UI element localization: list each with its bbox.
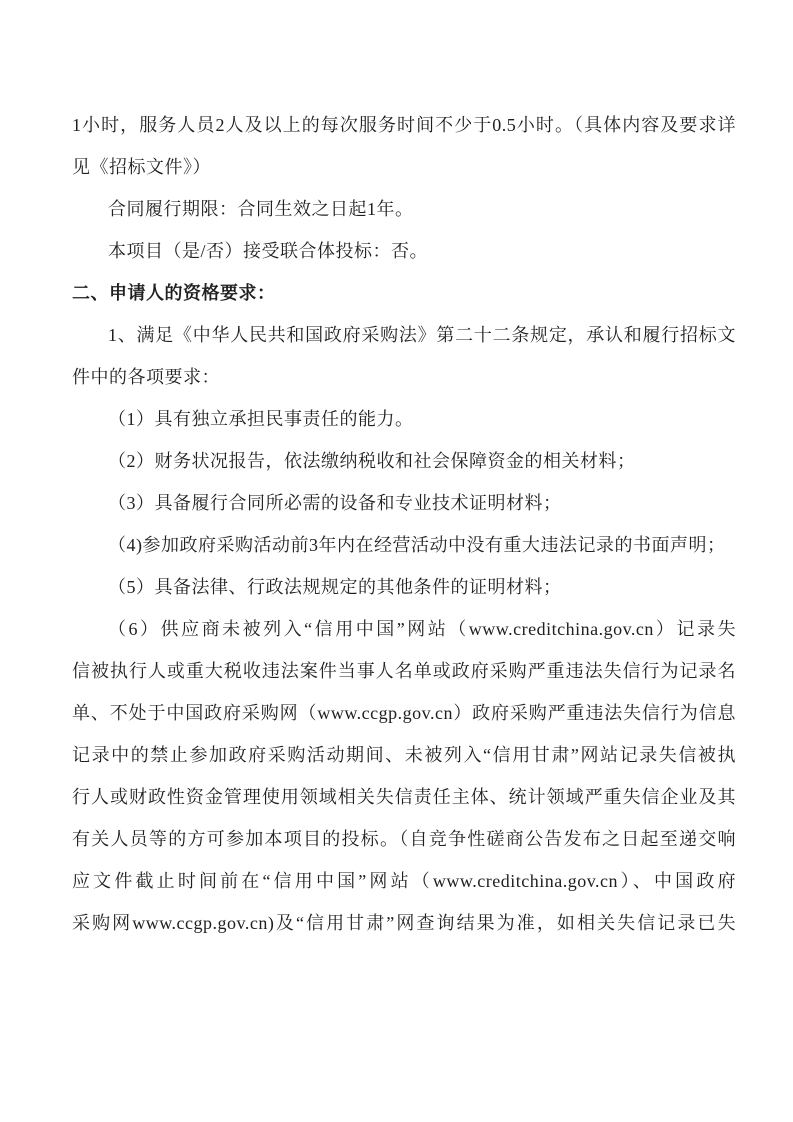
document-page: 1小时，服务人员2人及以上的每次服务时间不少于0.5小时。（具体内容及要求详 见… (0, 0, 793, 1122)
doc-line-15: 单、不处于中国政府采购网（www.ccgp.gov.cn）政府采购严重违法失信行… (72, 692, 736, 734)
doc-line-16: 记录中的禁止参加政府采购活动期间、未被列入“信用甘肃”网站记录失信被执 (72, 734, 736, 776)
doc-line-11: （4)参加政府采购活动前3年内在经营活动中没有重大违法记录的书面声明； (72, 524, 736, 566)
doc-line-9: （2）财务状况报告，依法缴纳税收和社会保障资金的相关材料； (72, 440, 736, 482)
doc-line-4: 本项目（是/否）接受联合体投标：否。 (72, 230, 736, 272)
doc-line-17: 行人或财政性资金管理使用领域相关失信责任主体、统计领域严重失信企业及其 (72, 776, 736, 818)
doc-line-18: 有关人员等的方可参加本项目的投标。（自竞争性磋商公告发布之日起至递交响 (72, 818, 736, 860)
doc-line-12: （5）具备法律、行政法规规定的其他条件的证明材料； (72, 566, 736, 608)
doc-line-8: （1）具有独立承担民事责任的能力。 (72, 398, 736, 440)
doc-line-3: 合同履行期限：合同生效之日起1年。 (72, 188, 736, 230)
doc-line-6: 1、满足《中华人民共和国政府采购法》第二十二条规定，承认和履行招标文 (72, 314, 736, 356)
doc-line-19: 应文件截止时间前在“信用中国”网站（www.creditchina.gov.cn… (72, 860, 736, 902)
doc-line-1: 1小时，服务人员2人及以上的每次服务时间不少于0.5小时。（具体内容及要求详 (72, 104, 736, 146)
section-heading-qualifications: 二、申请人的资格要求： (72, 272, 736, 314)
doc-line-2: 见《招标文件》） (72, 146, 736, 188)
doc-line-20: 采购网www.ccgp.gov.cn)及“信用甘肃”网查询结果为准，如相关失信记… (72, 902, 736, 944)
document-text-block: 1小时，服务人员2人及以上的每次服务时间不少于0.5小时。（具体内容及要求详 见… (72, 104, 736, 944)
doc-line-14: 信被执行人或重大税收违法案件当事人名单或政府采购严重违法失信行为记录名 (72, 650, 736, 692)
doc-line-13: （6）供应商未被列入“信用中国”网站（www.creditchina.gov.c… (72, 608, 736, 650)
doc-line-7: 件中的各项要求： (72, 356, 736, 398)
doc-line-10: （3）具备履行合同所必需的设备和专业技术证明材料； (72, 482, 736, 524)
